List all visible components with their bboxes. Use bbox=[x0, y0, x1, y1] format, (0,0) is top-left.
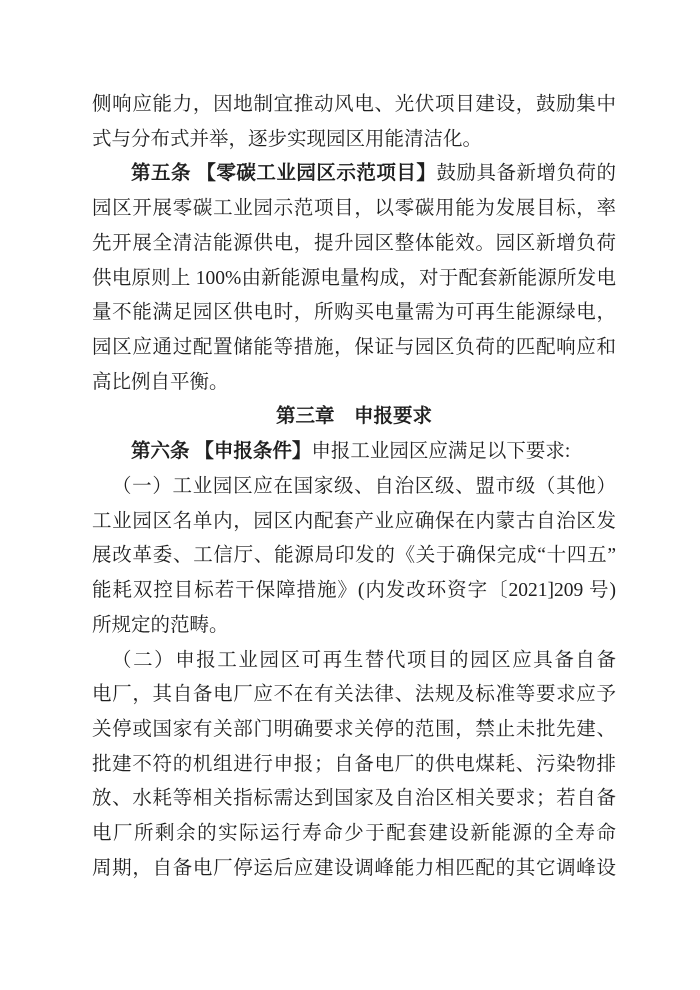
text-run: 所规定的范畴。 bbox=[92, 615, 229, 636]
text-run: 展改革委、工信厅、能源局印发的《关于确保完成“十四五” bbox=[92, 545, 616, 566]
body-text-line: 园区应通过配置储能等措施，保证与园区负荷的匹配响应和 bbox=[92, 331, 616, 366]
item-2-first-line: （二）申报工业园区可再生替代项目的园区应具备自备 bbox=[92, 644, 616, 679]
document-page: 侧响应能力，因地制宜推动风电、光伏项目建设，鼓励集中式与分布式并举，逐步实现园区… bbox=[0, 0, 700, 990]
text-run: 园区应通过配置储能等措施，保证与园区负荷的匹配响应和 bbox=[92, 337, 616, 358]
bold-text-run: 第三章 申报要求 bbox=[276, 406, 432, 427]
body-text-line: 电厂，其自备电厂应不在有关法律、法规及标准等要求应予 bbox=[92, 678, 616, 713]
bold-text-run: 第五条 【零碳工业园区示范项目】 bbox=[131, 163, 436, 184]
item-1-first-line: （一）工业园区应在国家级、自治区级、盟市级（其他） bbox=[92, 470, 616, 505]
text-run: 电厂所剩余的实际运行寿命少于配套建设新能源的全寿命 bbox=[92, 823, 616, 844]
chapter-3-heading: 第三章 申报要求 bbox=[92, 400, 616, 435]
text-run: 式与分布式并举，逐步实现园区用能清洁化。 bbox=[92, 129, 482, 150]
body-text-line: 能耗双控目标若干保障措施》(内发改环资字〔2021]209 号) bbox=[92, 574, 616, 609]
text-run: 周期，自备电厂停运后应建设调峰能力相匹配的其它调峰设 bbox=[92, 858, 616, 879]
text-run: 供电原则上 100%由新能源电量构成，对于配套新能源所发电 bbox=[92, 268, 616, 289]
bold-text-run: 第六条 【申报条件】 bbox=[131, 441, 311, 462]
text-run: 关停或国家有关部门明确要求关停的范围，禁止未批先建、 bbox=[92, 719, 616, 740]
body-text-line: 放、水耗等相关指标需达到国家及自治区相关要求；若自备 bbox=[92, 782, 616, 817]
text-run: 放、水耗等相关指标需达到国家及自治区相关要求；若自备 bbox=[92, 788, 616, 809]
body-text-line: 电厂所剩余的实际运行寿命少于配套建设新能源的全寿命 bbox=[92, 817, 616, 852]
body-text-line: 园区开展零碳工业园示范项目，以零碳用能为发展目标，率 bbox=[92, 192, 616, 227]
text-run: 申报工业园区应满足以下要求: bbox=[311, 441, 570, 462]
text-run: 批建不符的机组进行申报；自备电厂的供电煤耗、污染物排 bbox=[92, 754, 616, 775]
text-run: 先开展全清洁能源供电，提升园区整体能效。园区新增负荷 bbox=[92, 233, 616, 254]
text-run: 侧响应能力，因地制宜推动风电、光伏项目建设，鼓励集中 bbox=[92, 94, 616, 115]
text-run: （二）申报工业园区可再生替代项目的园区应具备自备 bbox=[112, 650, 616, 671]
body-text-line: 展改革委、工信厅、能源局印发的《关于确保完成“十四五” bbox=[92, 539, 616, 574]
body-text-line: 周期，自备电厂停运后应建设调峰能力相匹配的其它调峰设 bbox=[92, 852, 616, 887]
text-run: （一）工业园区应在国家级、自治区级、盟市级（其他） bbox=[112, 476, 616, 497]
article-5-heading-line: 第五条 【零碳工业园区示范项目】鼓励具备新增负荷的 bbox=[92, 157, 616, 192]
text-run: 工业园区名单内，园区内配套产业应确保在内蒙古自治区发 bbox=[92, 511, 616, 532]
body-text-line: 量不能满足园区供电时，所购买电量需为可再生能源绿电， bbox=[92, 296, 616, 331]
page-content: 侧响应能力，因地制宜推动风电、光伏项目建设，鼓励集中式与分布式并举，逐步实现园区… bbox=[92, 88, 616, 887]
text-run: 园区开展零碳工业园示范项目，以零碳用能为发展目标，率 bbox=[92, 198, 616, 219]
body-text-line: 供电原则上 100%由新能源电量构成，对于配套新能源所发电 bbox=[92, 262, 616, 297]
body-text-line: 工业园区名单内，园区内配套产业应确保在内蒙古自治区发 bbox=[92, 505, 616, 540]
text-run: 高比例自平衡。 bbox=[92, 372, 229, 393]
body-text-line: 所规定的范畴。 bbox=[92, 609, 616, 644]
text-run: 鼓励具备新增负荷的 bbox=[436, 163, 616, 184]
text-run: 量不能满足园区供电时，所购买电量需为可再生能源绿电， bbox=[92, 302, 616, 323]
body-text-line: 式与分布式并举，逐步实现园区用能清洁化。 bbox=[92, 123, 616, 158]
body-text-line: 侧响应能力，因地制宜推动风电、光伏项目建设，鼓励集中 bbox=[92, 88, 616, 123]
article-6-heading-line: 第六条 【申报条件】申报工业园区应满足以下要求: bbox=[92, 435, 616, 470]
body-text-line: 批建不符的机组进行申报；自备电厂的供电煤耗、污染物排 bbox=[92, 748, 616, 783]
text-run: 电厂，其自备电厂应不在有关法律、法规及标准等要求应予 bbox=[92, 684, 616, 705]
body-text-line: 高比例自平衡。 bbox=[92, 366, 616, 401]
text-run: 能耗双控目标若干保障措施》(内发改环资字〔2021]209 号) bbox=[92, 580, 616, 601]
body-text-line: 先开展全清洁能源供电，提升园区整体能效。园区新增负荷 bbox=[92, 227, 616, 262]
body-text-line: 关停或国家有关部门明确要求关停的范围，禁止未批先建、 bbox=[92, 713, 616, 748]
